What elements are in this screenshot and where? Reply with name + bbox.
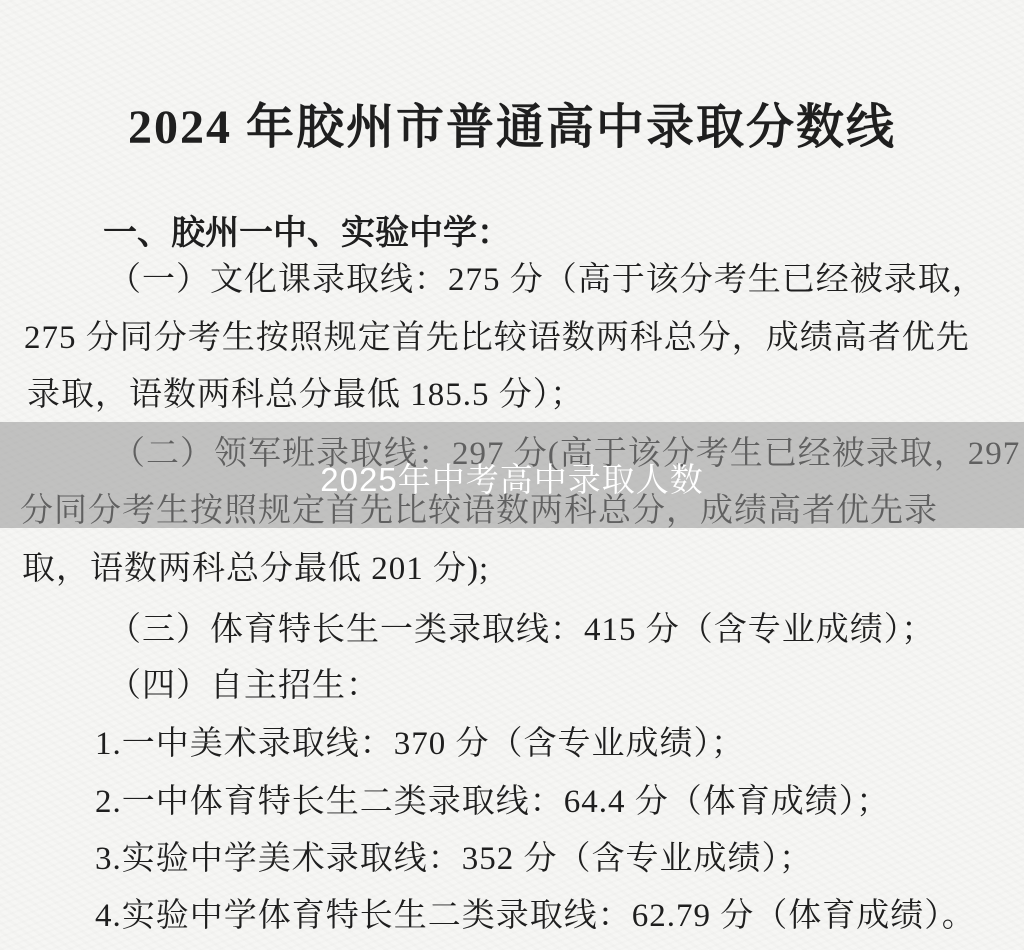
line-lingjun-minimum: 取，语数两科总分最低 201 分);: [22, 551, 489, 589]
line-culture-tiebreak: 275 分同分考生按照规定首先比较语数两科总分，成绩高者优先: [24, 320, 970, 358]
watermark-text: 2025年中考高中录取人数: [320, 454, 703, 501]
section-heading-school-group: 一、胶州一中、实验中学：: [103, 205, 511, 254]
list-item-yizhong-art-cutoff: 1.一中美术录取线：370 分（含专业成绩）；: [95, 726, 745, 764]
document-page: 2024 年胶州市普通高中录取分数线 一、胶州一中、实验中学： （一）文化课录取…: [0, 0, 1024, 950]
list-item-yizhong-sports-class2-cutoff: 2.一中体育特长生二类录取线：64.4 分（体育成绩）；: [95, 784, 890, 822]
line-culture-minimum: 录取，语数两科总分最低 185.5 分）；: [27, 377, 584, 415]
line-culture-cutoff: （一）文化课录取线：275 分（高于该分考生已经被录取，: [108, 262, 986, 300]
watermark-band: 2025年中考高中录取人数: [0, 422, 1024, 528]
list-item-shiyan-art-cutoff: 3.实验中学美术录取线：352 分（含专业成绩）；: [95, 841, 813, 879]
line-independent-enrollment-heading: （四）自主招生：: [108, 668, 380, 706]
line-sports-class1-cutoff: （三）体育特长生一类录取线：415 分（含专业成绩）；: [108, 612, 935, 650]
document-title: 2024 年胶州市普通高中录取分数线: [0, 88, 1024, 157]
list-item-shiyan-sports-class2-cutoff: 4.实验中学体育特长生二类录取线：62.79 分（体育成绩）。: [95, 898, 976, 936]
